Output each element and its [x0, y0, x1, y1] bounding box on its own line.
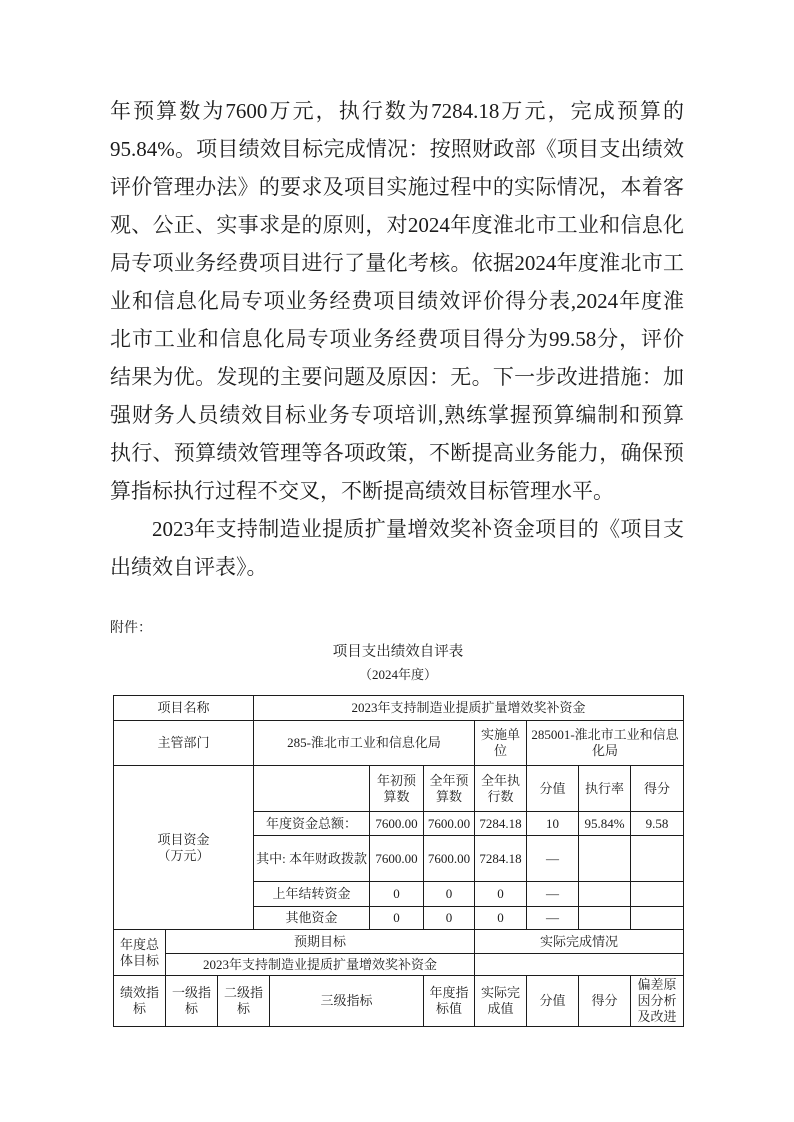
body-text: 年预算数为7600万元，执行数为7284.18万元，完成预算的 95.84%。项… [110, 92, 684, 586]
funds-cell-executed: 7284.18 [475, 836, 527, 882]
funds-empty-corner-cell [254, 766, 370, 812]
table-row: 年度总体目标 预期目标 实际完成情况 [114, 930, 684, 954]
funds-cell-exec-rate [579, 882, 631, 907]
funds-cell-score [631, 836, 684, 882]
dept-label-cell: 主管部门 [114, 721, 254, 766]
funds-row-label: 其中: 本年财政拨款 [254, 836, 370, 882]
funds-cell-score [631, 907, 684, 930]
body-line: 2023年支持制造业提质扩量增效奖补资金项目的《项目支 [110, 510, 684, 548]
body-line: 北市工业和信息化局专项业务经费项目得分为99.58分，评价 [110, 320, 684, 358]
funds-cell-score-value: 10 [527, 812, 579, 836]
table-row: 2023年支持制造业提质扩量增效奖补资金 [114, 954, 684, 976]
body-line: 局专项业务经费项目进行了量化考核。依据2024年度淮北市工 [110, 244, 684, 282]
funds-cell-annual: 7600.00 [424, 836, 475, 882]
funds-cell-score: 9.58 [631, 812, 684, 836]
funds-cell-annual: 0 [424, 907, 475, 930]
self-evaluation-table: 项目名称 2023年支持制造业提质扩量增效奖补资金 主管部门 285-淮北市工业… [113, 695, 684, 1027]
body-line: 业和信息化局专项业务经费项目绩效评价得分表,2024年度淮 [110, 282, 684, 320]
project-name-value-cell: 2023年支持制造业提质扩量增效奖补资金 [254, 696, 684, 721]
funds-row-label: 其他资金 [254, 907, 370, 930]
table-row: 主管部门 285-淮北市工业和信息化局 实施单位 285001-淮北市工业和信息… [114, 721, 684, 766]
attachment-label: 附件： [110, 617, 152, 637]
indicator-col-deviation: 偏差原因分析及改进 [631, 976, 684, 1027]
funds-col-annual: 全年预算数 [424, 766, 475, 812]
funds-cell-score-value: — [527, 836, 579, 882]
funds-section-label-cell: 项目资金 （万元） [114, 766, 254, 930]
indicator-col-actual: 实际完成值 [475, 976, 527, 1027]
funds-cell-annual: 0 [424, 882, 475, 907]
funds-col-score-value: 分值 [527, 766, 579, 812]
funds-row-label: 上年结转资金 [254, 882, 370, 907]
indicator-col-score: 得分 [579, 976, 631, 1027]
funds-cell-executed: 0 [475, 907, 527, 930]
funds-cell-executed: 7284.18 [475, 812, 527, 836]
annual-goal-label-cell: 年度总体目标 [114, 930, 166, 976]
project-name-label-cell: 项目名称 [114, 696, 254, 721]
actual-completion-value-cell [475, 954, 684, 976]
funds-cell-executed: 0 [475, 882, 527, 907]
funds-col-initial: 年初预算数 [370, 766, 424, 812]
body-line: 执行、预算绩效管理等各项政策，不断提高业务能力，确保预 [110, 434, 684, 472]
body-line: 95.84%。项目绩效目标完成情况：按照财政部《项目支出绩效 [110, 130, 684, 168]
expected-goal-header-cell: 预期目标 [166, 930, 475, 954]
indicator-col-annual-target: 年度指标值 [424, 976, 475, 1027]
impl-unit-label-cell: 实施单位 [475, 721, 527, 766]
indicator-col-l2: 二级指标 [218, 976, 270, 1027]
body-line: 评价管理办法》的要求及项目实施过程中的实际情况，本着客 [110, 168, 684, 206]
indicator-col-l3: 三级指标 [270, 976, 424, 1027]
indicator-col-perf: 绩效指标 [114, 976, 166, 1027]
body-line: 算指标执行过程不交叉，不断提高绩效目标管理水平。 [110, 472, 684, 510]
table-title: 项目支出绩效自评表 [113, 640, 683, 661]
funds-col-executed: 全年执行数 [475, 766, 527, 812]
expected-goal-value-cell: 2023年支持制造业提质扩量增效奖补资金 [166, 954, 475, 976]
funds-cell-initial: 0 [370, 907, 424, 930]
funds-cell-initial: 7600.00 [370, 812, 424, 836]
body-line: 强财务人员绩效目标业务专项培训,熟练掌握预算编制和预算 [110, 396, 684, 434]
body-line: 年预算数为7600万元，执行数为7284.18万元，完成预算的 [110, 92, 684, 130]
body-line: 出绩效自评表》。 [110, 548, 684, 586]
table-row: 项目资金 （万元） 年初预算数 全年预算数 全年执行数 分值 执行率 得分 [114, 766, 684, 812]
funds-cell-exec-rate [579, 907, 631, 930]
body-line: 观、公正、实事求是的原则，对2024年度淮北市工业和信息化 [110, 206, 684, 244]
funds-cell-annual: 7600.00 [424, 812, 475, 836]
table-row: 绩效指标 一级指标 二级指标 三级指标 年度指标值 实际完成值 分值 得分 偏差… [114, 976, 684, 1027]
funds-cell-exec-rate: 95.84% [579, 812, 631, 836]
funds-cell-initial: 7600.00 [370, 836, 424, 882]
body-line: 结果为优。发现的主要问题及原因：无。下一步改进措施：加 [110, 358, 684, 396]
dept-value-cell: 285-淮北市工业和信息化局 [254, 721, 475, 766]
funds-cell-score [631, 882, 684, 907]
table-subtitle: （2024年度） [113, 664, 683, 683]
table-row: 项目名称 2023年支持制造业提质扩量增效奖补资金 [114, 696, 684, 721]
funds-col-score: 得分 [631, 766, 684, 812]
actual-completion-header-cell: 实际完成情况 [475, 930, 684, 954]
funds-cell-score-value: — [527, 882, 579, 907]
funds-cell-initial: 0 [370, 882, 424, 907]
impl-unit-value-cell: 285001-淮北市工业和信息化局 [527, 721, 684, 766]
document-page: { "doc": { "paragraph1": [ "年预算数为7600万元，… [0, 0, 794, 1122]
funds-row-label: 年度资金总额： [254, 812, 370, 836]
funds-cell-score-value: — [527, 907, 579, 930]
indicator-col-score-value: 分值 [527, 976, 579, 1027]
indicator-col-l1: 一级指标 [166, 976, 218, 1027]
funds-col-exec-rate: 执行率 [579, 766, 631, 812]
funds-cell-exec-rate [579, 836, 631, 882]
